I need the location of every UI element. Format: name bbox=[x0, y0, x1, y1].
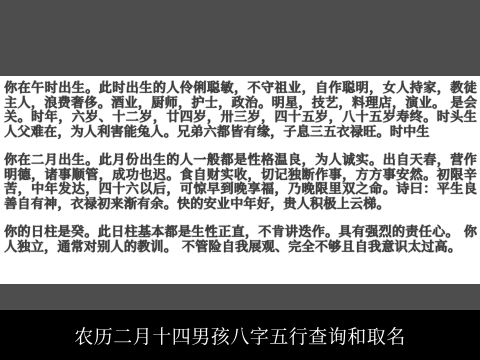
screenshot-frame: 你在午时出生。此时出生的人伶俐聪敏，不守祖业，自作聪明，女人持家，教徒主人，浪费… bbox=[0, 0, 480, 360]
paragraph-birth-hour: 你在午时出生。此时出生的人伶俐聪敏，不守祖业，自作聪明，女人持家，教徒主人，浪费… bbox=[4, 82, 477, 140]
bottom-dark-band bbox=[0, 284, 480, 310]
caption-title: 农历二月十四男孩八字五行查询和取名 bbox=[74, 322, 406, 349]
paragraph-day-pillar: 你的日柱是癸。此日柱基本都是生性正直，不肯讲迭作。具有强烈的责任心。 你人独立，… bbox=[4, 226, 477, 255]
paragraph-birth-month: 你在二月出生。此月份出生的人一般都是性格温良，为人诚实。出自天春，营作明德，诸事… bbox=[4, 154, 477, 212]
article-content: 你在午时出生。此时出生的人伶俐聪敏，不守祖业，自作聪明，女人持家，教徒主人，浪费… bbox=[0, 76, 480, 284]
top-dark-band bbox=[0, 0, 480, 76]
caption-bar: 农历二月十四男孩八字五行查询和取名 bbox=[0, 310, 480, 360]
